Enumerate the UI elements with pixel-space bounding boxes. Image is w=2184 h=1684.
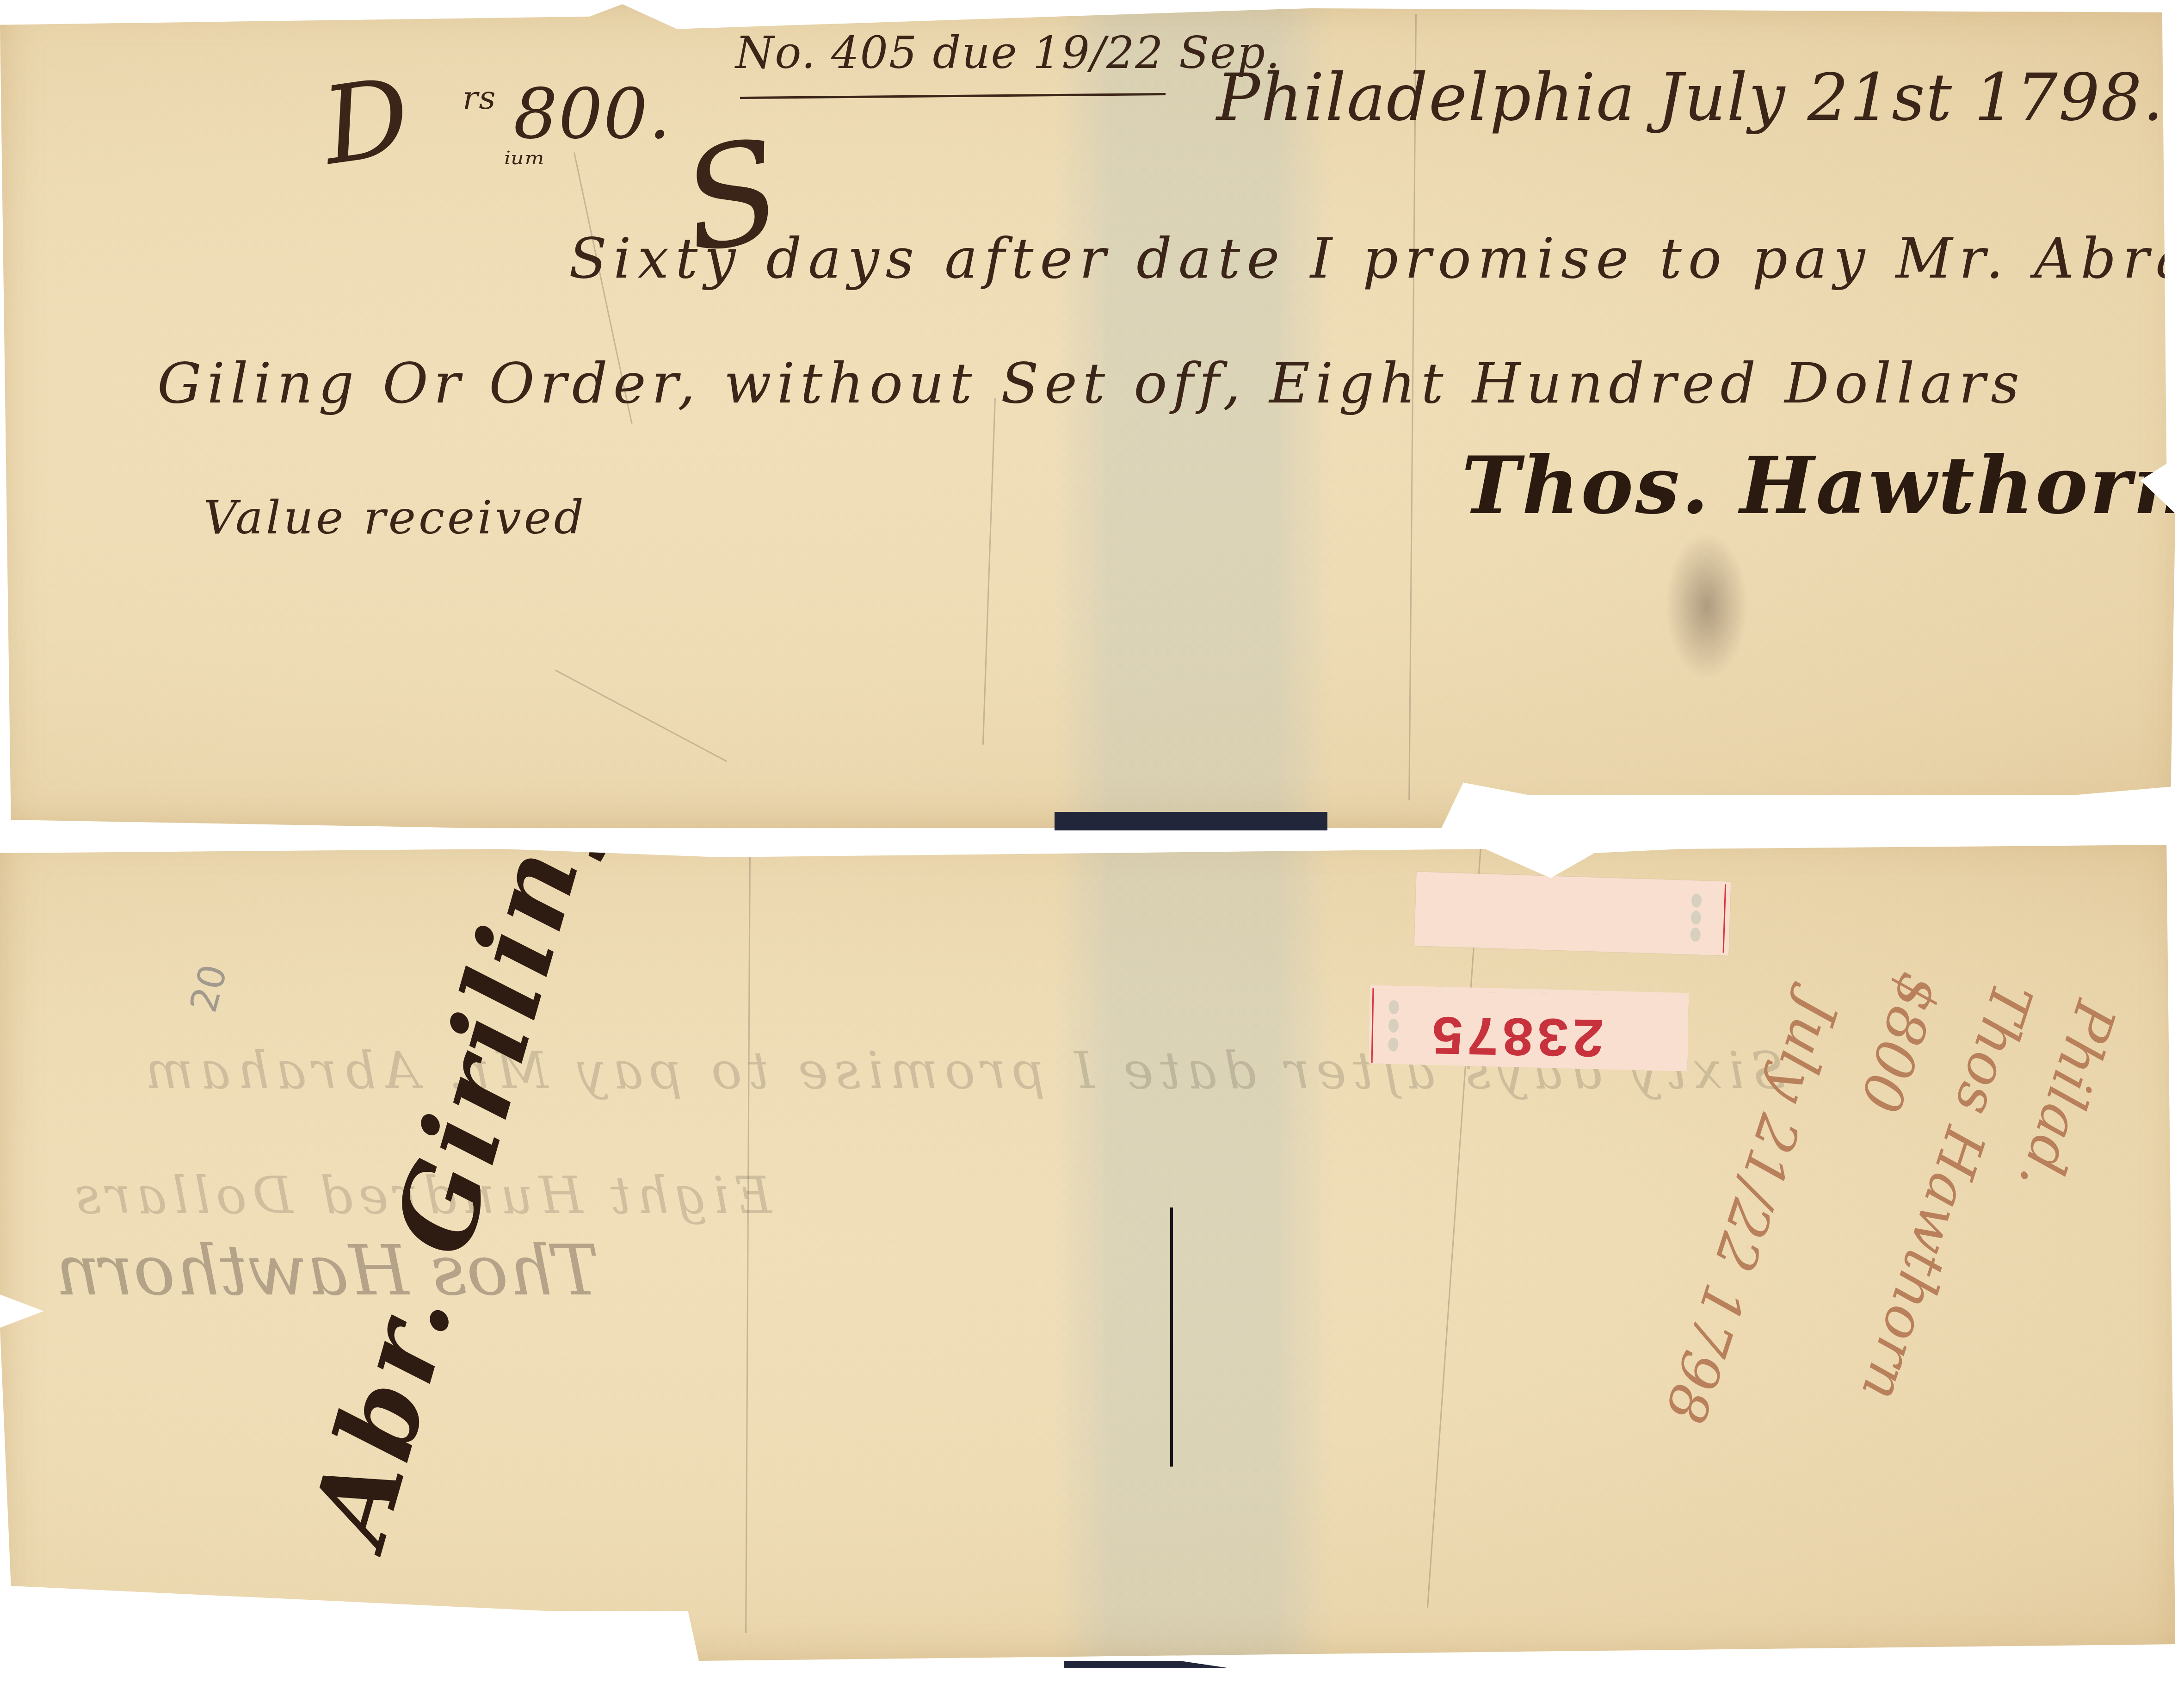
value-received-line: Value received — [204, 490, 586, 545]
ink-smudge — [1665, 532, 1748, 680]
ticket-perforated-edge — [1370, 980, 1689, 996]
note-number: No. 405 due 19/22 Sep. — [735, 28, 1281, 79]
note-body-line-2: Giling Or Order, without Set off, Eight … — [157, 352, 2025, 416]
note-front-sheet: D rs 800. ᵢᵤₘ No. 405 due 19/22 Sep. Phi… — [0, 0, 2184, 828]
ticket-red-edge — [1723, 885, 1727, 953]
ticket-perforation-holes — [1387, 997, 1400, 1054]
place-and-date: Philadelphia July 21st 1798. — [1216, 60, 2164, 136]
paper-tear — [1170, 1207, 1173, 1467]
amount-underline-flourish: ᵢᵤₘ — [504, 134, 546, 172]
paper-crease — [982, 398, 996, 745]
scanner-background-strip — [1055, 812, 1327, 830]
note-number-rule — [740, 93, 1166, 99]
paper-crease — [1427, 847, 1481, 1608]
ticket-perforation-holes — [1689, 892, 1703, 944]
maker-signature: Thos. Hawthorn — [1462, 440, 2184, 532]
amount-superscript: rs — [463, 79, 496, 117]
paper-crease — [555, 669, 727, 762]
ticket-red-edge — [1371, 988, 1374, 1063]
numbered-ticket-label: 23875 — [1369, 985, 1689, 1071]
scanner-background-strip-bottom — [1064, 1661, 1230, 1668]
note-body-line-1: Sixty days after date I promise to pay M… — [569, 227, 2184, 291]
blank-ticket-label — [1414, 872, 1731, 955]
show-through-signature: Thos Hawthorn — [56, 1231, 599, 1311]
amount-symbol: D — [315, 55, 418, 189]
discoloration-band — [1055, 828, 1332, 1661]
paper-crease — [745, 847, 751, 1633]
docket-line-3: $800 — [1847, 966, 1952, 1120]
ticket-number: 23875 — [1429, 1000, 1605, 1066]
note-reverse-sheet: Sixty days after date I promise to pay M… — [0, 828, 2184, 1661]
pencil-mark: 20 — [182, 960, 235, 1016]
